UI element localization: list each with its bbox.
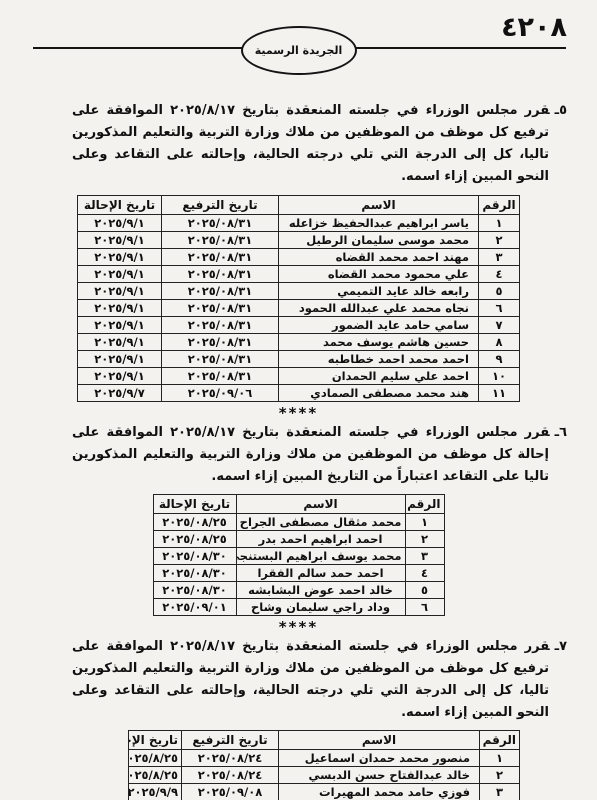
table-cell: احمد حمد سالم الفقرا (236, 565, 405, 582)
page-body: ٥ـقرر مجلس الوزراء في جلسته المنعقدة بتا… (0, 100, 597, 800)
table-cell: ٢٠٢٥/٠٨/٢٥ (153, 514, 236, 531)
table-cell: ١٠ (479, 368, 520, 385)
table-cell: ٦ (479, 300, 520, 317)
column-header: تاريخ الترفيع (182, 731, 279, 750)
gazette-title-badge: الجريدة الرسمية (241, 26, 357, 75)
table-cell: ٥ (479, 283, 520, 300)
table-cell: ٧ (479, 317, 520, 334)
table-cell: ٢٠٢٥/٩/١ (78, 266, 162, 283)
column-header: الرقم (479, 196, 520, 215)
table-cell: ٢٠٢٥/٠٩/٠٦ (162, 385, 279, 402)
page-header: ٤٢٠٨ الجريدة الرسمية (0, 0, 597, 72)
table-cell: ٤ (479, 266, 520, 283)
table-cell: احمد محمد احمد خطاطبه (279, 351, 479, 368)
table-cell: ٢٠٢٥/٠٨/٣١ (162, 300, 279, 317)
promotion-table-2: الرقمالاسمتاريخ الترفيعتاريخ الإحالة١منص… (128, 730, 520, 800)
gazette-title: الجريدة الرسمية (255, 44, 343, 57)
table-row: ٤احمد حمد سالم الفقرا٢٠٢٥/٠٨/٣٠ (153, 565, 444, 582)
table-cell: ٨ (479, 334, 520, 351)
table-row: ٥رابعه خالد عايد التميمي٢٠٢٥/٠٨/٣١٢٠٢٥/٩… (78, 283, 520, 300)
table-cell: احمد ابراهيم احمد بدر (236, 531, 405, 548)
table-cell: ٢٠٢٥/٠٨/٣١ (162, 351, 279, 368)
section-separator: **** (0, 620, 597, 634)
table-cell: فوزي حامد محمد المهيرات (279, 784, 480, 800)
table-row: ٨حسين هاشم يوسف محمد٢٠٢٥/٠٨/٣١٢٠٢٥/٩/١ (78, 334, 520, 351)
table-cell: سامي حامد عايد الضمور (279, 317, 479, 334)
table-cell: محمد موسى سليمان الرطيل (279, 232, 479, 249)
page-number: ٤٢٠٨ (501, 12, 567, 43)
table-cell: محمد مثقال مصطفى الجراح (236, 514, 405, 531)
column-header: تاريخ الإحالة (78, 196, 162, 215)
table-cell: ٣ (479, 249, 520, 266)
table-cell: ٢٠٢٥/٠٨/٣٠ (153, 548, 236, 565)
table-cell: ٢٠٢٥/٩/١ (78, 351, 162, 368)
table-cell: ٢٠٢٥/٠٨/٢٥ (153, 531, 236, 548)
table-cell: وداد راجي سليمان وشاح (236, 599, 405, 616)
table-cell: ٥ (405, 582, 444, 599)
item-number: ٦ـ (555, 425, 567, 440)
decision-paragraph: ٥ـقرر مجلس الوزراء في جلسته المنعقدة بتا… (72, 100, 567, 188)
table-cell: ٢٠٢٥/٩/١ (78, 249, 162, 266)
promotion-table-1: الرقمالاسمتاريخ الترفيعتاريخ الإحالة١ياس… (77, 195, 520, 402)
table-cell: ٢٠٢٥/٠٨/٣١ (162, 317, 279, 334)
table-row: ٩احمد محمد احمد خطاطبه٢٠٢٥/٠٨/٣١٢٠٢٥/٩/١ (78, 351, 520, 368)
table-cell: احمد علي سليم الحمدان (279, 368, 479, 385)
table-cell: حسين هاشم يوسف محمد (279, 334, 479, 351)
table-cell: ٢٠٢٥/٨/٢٥ (129, 750, 182, 767)
table-row: ٢محمد موسى سليمان الرطيل٢٠٢٥/٠٨/٣١٢٠٢٥/٩… (78, 232, 520, 249)
table-row: ٣فوزي حامد محمد المهيرات٢٠٢٥/٠٩/٠٨٢٠٢٥/٩… (129, 784, 520, 800)
decision-section-6: ٦ـقرر مجلس الوزراء في جلسته المنعقدة بتا… (0, 422, 597, 616)
table-cell: ١ (405, 514, 444, 531)
table-cell: ٢ (405, 531, 444, 548)
table-cell: ٢٠٢٥/٠٨/٢٤ (182, 750, 279, 767)
table-cell: ٢٠٢٥/٨/٢٥ (129, 767, 182, 784)
table-cell: ٩ (479, 351, 520, 368)
table-cell: رابعه خالد عايد التميمي (279, 283, 479, 300)
column-header: تاريخ الإحالة (153, 495, 236, 514)
column-header: الرقم (405, 495, 444, 514)
table-cell: ٣ (480, 784, 520, 800)
table-row: ٤علي محمود محمد القضاه٢٠٢٥/٠٨/٣١٢٠٢٥/٩/١ (78, 266, 520, 283)
table-cell: ٢٠٢٥/٠٨/٢٤ (182, 767, 279, 784)
table-cell: ٢٠٢٥/٩/١ (78, 215, 162, 232)
header-row: الرقمالاسمتاريخ الإحالة (153, 495, 444, 514)
table-cell: ٢٠٢٥/٠٨/٣١ (162, 283, 279, 300)
table-cell: ٢٠٢٥/٩/١ (78, 368, 162, 385)
table-cell: ٣ (405, 548, 444, 565)
column-header: الاسم (236, 495, 405, 514)
table-cell: ١ (479, 215, 520, 232)
table-cell: ٢٠٢٥/٠٨/٣٠ (153, 565, 236, 582)
table-row: ٢احمد ابراهيم احمد بدر٢٠٢٥/٠٨/٢٥ (153, 531, 444, 548)
table-cell: ١ (480, 750, 520, 767)
table-cell: نجاه محمد علي عبدالله الحمود (279, 300, 479, 317)
table-cell: ٦ (405, 599, 444, 616)
table-cell: ياسر ابراهيم عبدالحفيظ خزاعله (279, 215, 479, 232)
column-header: الاسم (279, 196, 479, 215)
table-row: ١منصور محمد حمدان اسماعيل٢٠٢٥/٠٨/٢٤٢٠٢٥/… (129, 750, 520, 767)
table-cell: ١١ (479, 385, 520, 402)
column-header: تاريخ الإحالة (129, 731, 182, 750)
decision-paragraph: ٦ـقرر مجلس الوزراء في جلسته المنعقدة بتا… (72, 422, 567, 488)
table-cell: ٢٠٢٥/٩/٧ (78, 385, 162, 402)
table-cell: ٢٠٢٥/٠٨/٣١ (162, 334, 279, 351)
table-cell: علي محمود محمد القضاه (279, 266, 479, 283)
table-row: ١محمد مثقال مصطفى الجراح٢٠٢٥/٠٨/٢٥ (153, 514, 444, 531)
table-cell: منصور محمد حمدان اسماعيل (279, 750, 480, 767)
table-cell: ٤ (405, 565, 444, 582)
table-cell: ٢٠٢٥/٠٨/٣١ (162, 368, 279, 385)
table-cell: ٢٠٢٥/٠٩/٠١ (153, 599, 236, 616)
table-row: ٢خالد عبدالفتاح حسن الدبسي٢٠٢٥/٠٨/٢٤٢٠٢٥… (129, 767, 520, 784)
decision-text: قرر مجلس الوزراء في جلسته المنعقدة بتاري… (72, 103, 550, 184)
header-row: الرقمالاسمتاريخ الترفيعتاريخ الإحالة (78, 196, 520, 215)
table-cell: هند محمد مصطفى الصمادي (279, 385, 479, 402)
table-cell: ٢٠٢٥/٩/١ (78, 283, 162, 300)
table-cell: ٢٠٢٥/٠٨/٣١ (162, 266, 279, 283)
decision-section-7: ٧ـقرر مجلس الوزراء في جلسته المنعقدة بتا… (0, 636, 597, 800)
table-cell: ٢ (479, 232, 520, 249)
table-row: ٦وداد راجي سليمان وشاح٢٠٢٥/٠٩/٠١ (153, 599, 444, 616)
table-row: ٥خالد احمد عوض البشابشه٢٠٢٥/٠٨/٣٠ (153, 582, 444, 599)
decision-text: قرر مجلس الوزراء في جلسته المنعقدة بتاري… (72, 639, 550, 720)
table-cell: ٢٠٢٥/٠٨/٣١ (162, 249, 279, 266)
table-cell: ٢٠٢٥/٠٨/٣٠ (153, 582, 236, 599)
item-number: ٥ـ (555, 103, 567, 118)
item-number: ٧ـ (555, 639, 567, 654)
table-cell: ٢٠٢٥/٩/١ (78, 232, 162, 249)
table-cell: محمد يوسف ابراهيم البستنجي (236, 548, 405, 565)
header-row: الرقمالاسمتاريخ الترفيعتاريخ الإحالة (129, 731, 520, 750)
table-cell: ٢ (480, 767, 520, 784)
table-row: ٦نجاه محمد علي عبدالله الحمود٢٠٢٥/٠٨/٣١٢… (78, 300, 520, 317)
table-row: ١٠احمد علي سليم الحمدان٢٠٢٥/٠٨/٣١٢٠٢٥/٩/… (78, 368, 520, 385)
column-header: الرقم (480, 731, 520, 750)
table-cell: ٢٠٢٥/٩/١ (78, 334, 162, 351)
table-cell: مهند احمد محمد القضاه (279, 249, 479, 266)
section-separator: **** (0, 406, 597, 420)
table-cell: خالد احمد عوض البشابشه (236, 582, 405, 599)
table-cell: ٢٠٢٥/٩/١ (78, 300, 162, 317)
column-header: الاسم (279, 731, 480, 750)
decision-text: قرر مجلس الوزراء في جلسته المنعقدة بتاري… (72, 425, 550, 484)
table-row: ٣محمد يوسف ابراهيم البستنجي٢٠٢٥/٠٨/٣٠ (153, 548, 444, 565)
decision-paragraph: ٧ـقرر مجلس الوزراء في جلسته المنعقدة بتا… (72, 636, 567, 724)
gazette-page: ٤٢٠٨ الجريدة الرسمية ٥ـقرر مجلس الوزراء … (0, 0, 597, 800)
retirement-table: الرقمالاسمتاريخ الإحالة١محمد مثقال مصطفى… (153, 494, 445, 616)
table-row: ٣مهند احمد محمد القضاه٢٠٢٥/٠٨/٣١٢٠٢٥/٩/١ (78, 249, 520, 266)
table-cell: خالد عبدالفتاح حسن الدبسي (279, 767, 480, 784)
table-cell: ٢٠٢٥/٩/٩ (129, 784, 182, 800)
table-cell: ٢٠٢٥/٠٨/٣١ (162, 215, 279, 232)
table-cell: ٢٠٢٥/٠٩/٠٨ (182, 784, 279, 800)
table-row: ١ياسر ابراهيم عبدالحفيظ خزاعله٢٠٢٥/٠٨/٣١… (78, 215, 520, 232)
table-row: ١١هند محمد مصطفى الصمادي٢٠٢٥/٠٩/٠٦٢٠٢٥/٩… (78, 385, 520, 402)
table-row: ٧سامي حامد عايد الضمور٢٠٢٥/٠٨/٣١٢٠٢٥/٩/١ (78, 317, 520, 334)
table-cell: ٢٠٢٥/٠٨/٣١ (162, 232, 279, 249)
column-header: تاريخ الترفيع (162, 196, 279, 215)
decision-section-5: ٥ـقرر مجلس الوزراء في جلسته المنعقدة بتا… (0, 100, 597, 402)
table-cell: ٢٠٢٥/٩/١ (78, 317, 162, 334)
